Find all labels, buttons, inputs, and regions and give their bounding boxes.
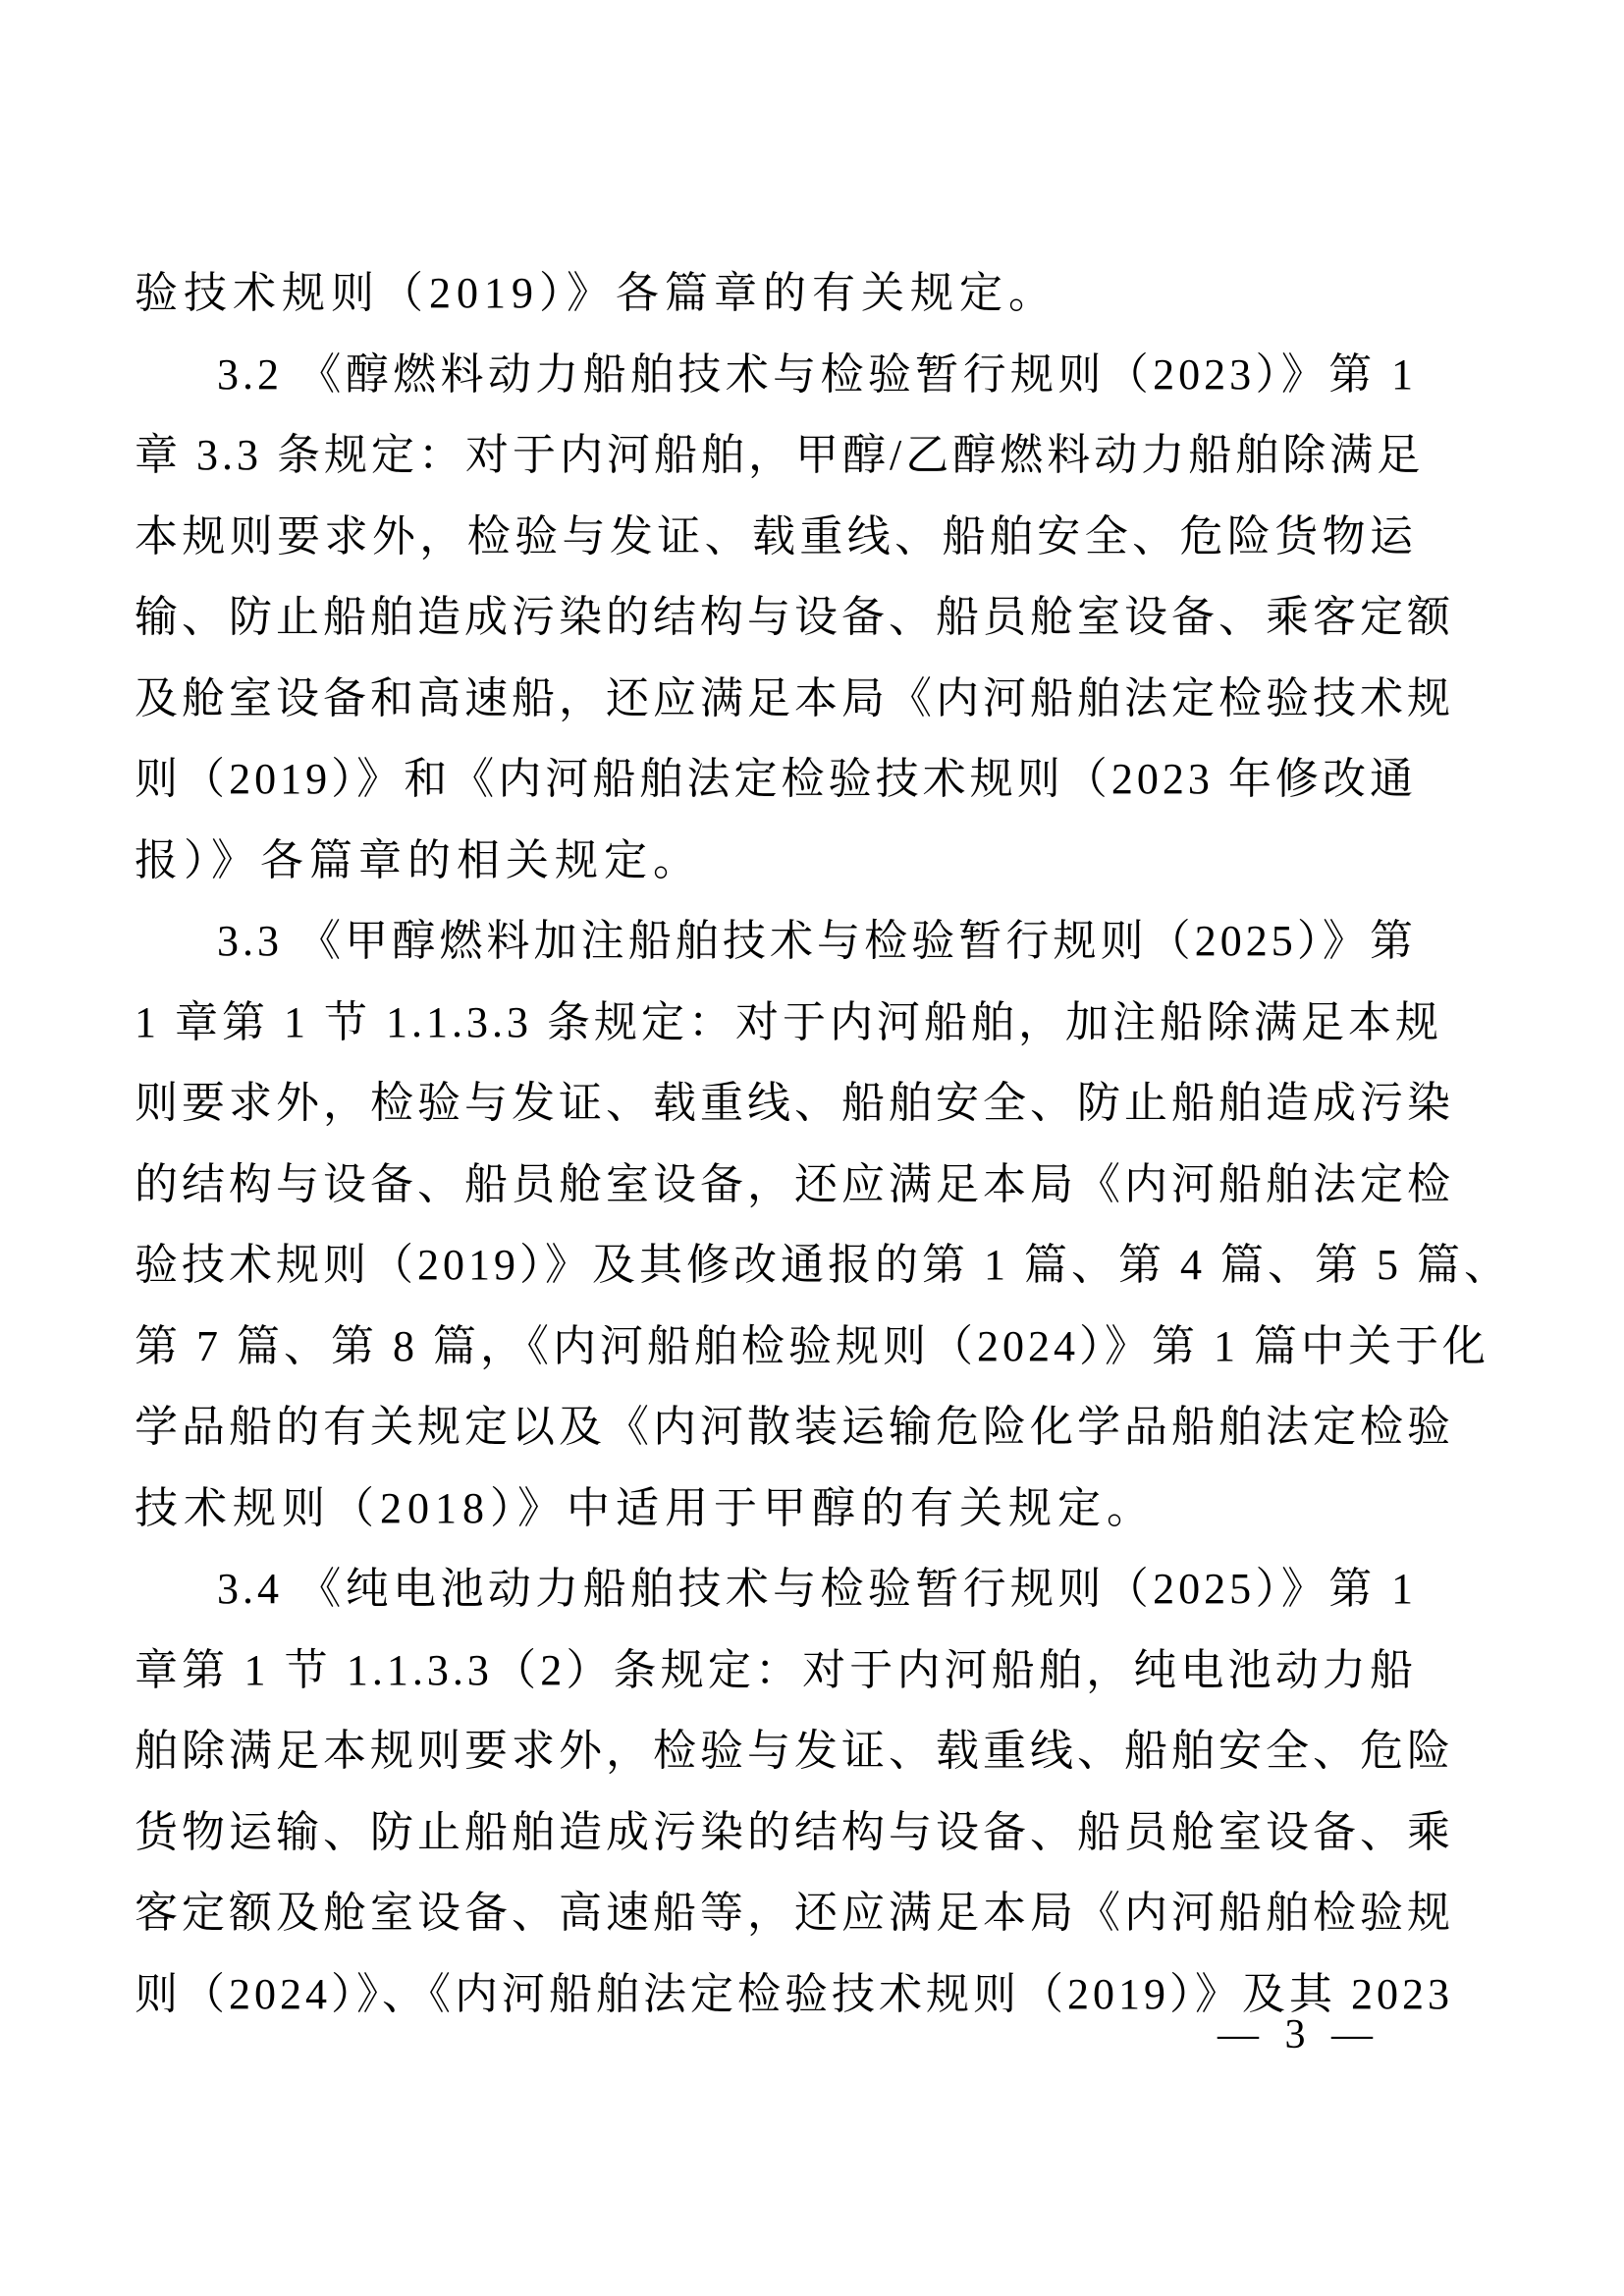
text-line: 则（2019）》和《内河船舶法定检验技术规则（2023 年修改通: [135, 739, 1417, 821]
text-line: 货物运输、防止船舶造成污染的结构与设备、船员舱室设备、乘: [135, 1792, 1417, 1874]
text-line: 3.3 《甲醇燃料加注船舶技术与检验暂行规则（2025）》第: [135, 901, 1417, 983]
text-line: 输、防止船舶造成污染的结构与设备、船员舱室设备、乘客定额: [135, 577, 1417, 659]
page-number: — 3 —: [0, 2012, 1373, 2057]
text-line: 验技术规则（2019）》各篇章的有关规定。: [135, 253, 1417, 335]
text-line: 学品船的有关规定以及《内河散装运输危险化学品船舶法定检验: [135, 1387, 1417, 1468]
text-line: 1 章第 1 节 1.1.3.3 条规定：对于内河船舶，加注船除满足本规: [135, 983, 1417, 1064]
text-line: 客定额及舱室设备、高速船等，还应满足本局《内河船舶检验规: [135, 1873, 1417, 1954]
text-line: 3.2 《醇燃料动力船舶技术与检验暂行规则（2023）》第 1: [135, 335, 1417, 416]
text-line: 报）》各篇章的相关规定。: [135, 821, 1417, 902]
text-line: 则要求外，检验与发证、载重线、船舶安全、防止船舶造成污染: [135, 1063, 1417, 1145]
text-line: 验技术规则（2019）》及其修改通报的第 1 篇、第 4 篇、第 5 篇、: [135, 1225, 1417, 1307]
text-line: 章 3.3 条规定：对于内河船舶，甲醇/乙醇燃料动力船舶除满足: [135, 415, 1417, 497]
document-page: 验技术规则（2019）》各篇章的有关规定。3.2 《醇燃料动力船舶技术与检验暂行…: [0, 0, 1624, 2296]
text-line: 章第 1 节 1.1.3.3（2）条规定：对于内河船舶，纯电池动力船: [135, 1630, 1417, 1712]
text-line: 第 7 篇、第 8 篇，《内河船舶检验规则（2024）》第 1 篇中关于化: [135, 1307, 1417, 1388]
text-line: 技术规则（2018）》中适用于甲醇的有关规定。: [135, 1468, 1417, 1550]
text-line: 3.4 《纯电池动力船舶技术与检验暂行规则（2025）》第 1: [135, 1549, 1417, 1630]
text-line: 本规则要求外，检验与发证、载重线、船舶安全、危险货物运: [135, 497, 1417, 578]
document-body: 验技术规则（2019）》各篇章的有关规定。3.2 《醇燃料动力船舶技术与检验暂行…: [135, 253, 1417, 2035]
text-line: 及舱室设备和高速船，还应满足本局《内河船舶法定检验技术规: [135, 659, 1417, 740]
text-line: 的结构与设备、船员舱室设备，还应满足本局《内河船舶法定检: [135, 1145, 1417, 1226]
text-line: 舶除满足本规则要求外，检验与发证、载重线、船舶安全、危险: [135, 1711, 1417, 1792]
